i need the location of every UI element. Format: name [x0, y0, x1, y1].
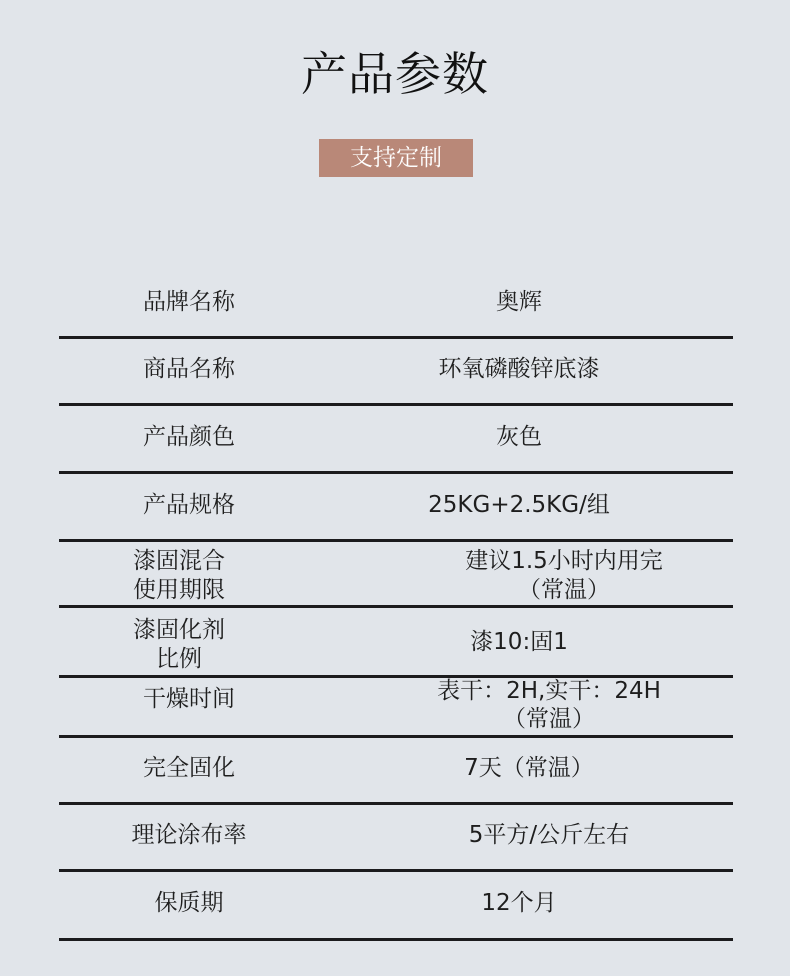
- row-label: 品牌名称: [59, 288, 319, 316]
- row-label: 漆固混合 使用期限: [59, 547, 299, 605]
- row-value: 25KG+2.5KG/组: [369, 491, 669, 519]
- row-divider: [59, 336, 733, 339]
- row-divider: [59, 802, 733, 805]
- page-title: 产品参数: [0, 44, 790, 104]
- row-label: 理论涂布率: [59, 821, 319, 849]
- row-divider: [59, 735, 733, 738]
- row-divider: [59, 938, 733, 941]
- row-value: 5平方/公斤左右: [399, 821, 699, 849]
- row-value: 表干：2H,实干：24H （常温）: [379, 677, 719, 733]
- row-label: 商品名称: [59, 355, 319, 383]
- row-label: 保质期: [59, 889, 319, 917]
- customization-badge: 支持定制: [319, 139, 473, 177]
- table-row: 理论涂布率 5平方/公斤左右: [59, 821, 733, 849]
- table-row: 漆固混合 使用期限 建议1.5小时内用完 （常温）: [59, 547, 733, 605]
- row-value: 漆10:固1: [369, 628, 669, 656]
- row-divider: [59, 539, 733, 542]
- row-divider: [59, 471, 733, 474]
- table-row: 品牌名称 奥辉: [59, 288, 733, 316]
- row-label: 完全固化: [59, 754, 319, 782]
- table-row: 漆固化剂 比例 漆10:固1: [59, 616, 733, 674]
- table-row: 商品名称 环氧磷酸锌底漆: [59, 355, 733, 383]
- row-value: 7天（常温）: [379, 754, 679, 782]
- row-value: 环氧磷酸锌底漆: [369, 355, 669, 383]
- row-value: 奥辉: [369, 288, 669, 316]
- row-value: 建议1.5小时内用完 （常温）: [399, 547, 729, 605]
- row-divider: [59, 605, 733, 608]
- row-divider: [59, 869, 733, 872]
- row-label: 产品颜色: [59, 423, 319, 451]
- row-divider: [59, 403, 733, 406]
- table-row: 完全固化 7天（常温）: [59, 754, 733, 782]
- row-label: 产品规格: [59, 491, 319, 519]
- table-row: 产品颜色 灰色: [59, 423, 733, 451]
- row-label: 干燥时间: [59, 685, 319, 713]
- row-value: 灰色: [369, 423, 669, 451]
- row-label: 漆固化剂 比例: [59, 616, 299, 674]
- table-row: 产品规格 25KG+2.5KG/组: [59, 491, 733, 519]
- table-row: 干燥时间 表干：2H,实干：24H （常温）: [59, 677, 733, 735]
- table-row: 保质期 12个月: [59, 889, 733, 917]
- row-value: 12个月: [369, 889, 669, 917]
